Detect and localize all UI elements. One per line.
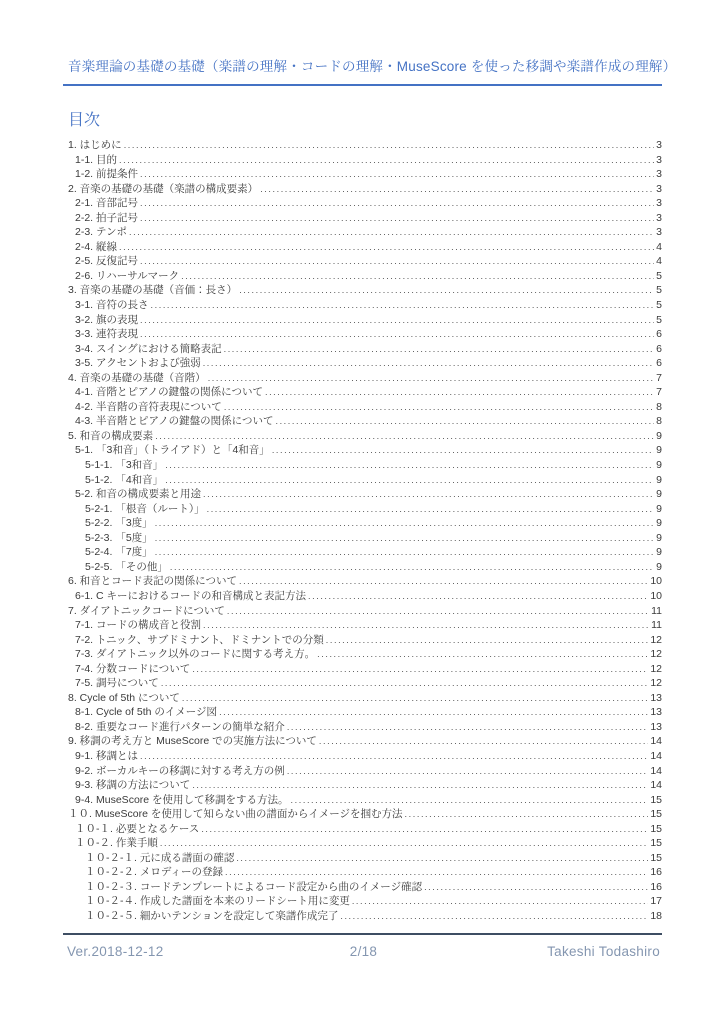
toc-entry[interactable]: 5-2. 和音の構成要素と用途9 xyxy=(68,486,662,501)
toc-entry[interactable]: 2-4. 縦線4 xyxy=(68,239,662,254)
footer-author: Takeshi Todashiro xyxy=(462,944,662,959)
toc-entry[interactable]: １０-１. 必要となるケース15 xyxy=(68,821,662,836)
toc-page-number: 14 xyxy=(650,735,662,747)
toc-page-number: 7 xyxy=(656,372,662,384)
toc-page-number: 7 xyxy=(656,386,662,398)
toc-entry[interactable]: 1-1. 目的3 xyxy=(68,152,662,167)
toc-leader-dots xyxy=(272,445,654,455)
toc-entry-label: 5-2-2. 「3度」 xyxy=(85,515,153,530)
toc-page-number: 16 xyxy=(650,866,662,878)
toc-page-number: 15 xyxy=(650,837,662,849)
toc-leader-dots xyxy=(227,606,649,616)
toc-entry-label: 5-2-5. 「その他」 xyxy=(85,559,168,574)
toc-page-number: 9 xyxy=(656,561,662,573)
toc-entry[interactable]: 3-3. 連符表現6 xyxy=(68,326,662,341)
toc-leader-dots xyxy=(291,795,649,805)
toc-page-number: 15 xyxy=(650,794,662,806)
toc-entry-label: 2-3. テンポ xyxy=(75,224,127,239)
toc-entry[interactable]: 3-1. 音符の長さ5 xyxy=(68,297,662,312)
toc-page-number: 9 xyxy=(656,459,662,471)
toc-entry[interactable]: 2-6. リハーサルマーク5 xyxy=(68,268,662,283)
toc-leader-dots xyxy=(208,373,654,383)
toc-entry-label: 1-2. 前提条件 xyxy=(75,166,138,181)
toc-leader-dots xyxy=(155,518,654,528)
toc-entry[interactable]: 5-2-1. 「根音（ルート）」9 xyxy=(68,501,662,516)
toc-entry[interactable]: 2-1. 音部記号3 xyxy=(68,195,662,210)
toc-entry[interactable]: １０-２-５. 細かいテンションを設定して楽譜作成完了18 xyxy=(68,908,662,923)
toc-leader-dots xyxy=(140,213,654,223)
toc-leader-dots xyxy=(207,504,655,514)
toc-leader-dots xyxy=(140,315,654,325)
toc-entry-label: 5. 和音の構成要素 xyxy=(68,428,153,443)
toc-leader-dots xyxy=(140,751,648,761)
toc-entry[interactable]: 7-2. トニック、サブドミナント、ドミナントでの分類12 xyxy=(68,632,662,647)
footer-version: Ver.2018-12-12 xyxy=(63,944,265,959)
toc-entry[interactable]: １０-２-４. 作成した譜面を本来のリードシート用に変更17 xyxy=(68,893,662,908)
toc-page-number: 3 xyxy=(656,197,662,209)
toc-entry[interactable]: 7-5. 調号について12 xyxy=(68,675,662,690)
toc-leader-dots xyxy=(155,547,654,557)
toc-leader-dots xyxy=(181,271,654,281)
toc-leader-dots xyxy=(352,896,648,906)
toc-entry[interactable]: 1. はじめに3 xyxy=(68,137,662,152)
toc-page-number: 9 xyxy=(656,517,662,529)
toc-page-number: 6 xyxy=(656,357,662,369)
toc-page-number: 9 xyxy=(656,532,662,544)
toc-entry-label: 3-1. 音符の長さ xyxy=(75,297,149,312)
toc-entry-label: 9-2. ボーカルキーの移調に対する考え方の例 xyxy=(75,763,285,778)
toc-page-number: 11 xyxy=(651,619,662,631)
toc-entry-label: 3-4. スイングにおける簡略表記 xyxy=(75,341,222,356)
toc-leader-dots xyxy=(129,227,654,237)
toc-entry[interactable]: 5-2-5. 「その他」9 xyxy=(68,559,662,574)
toc-entry[interactable]: 8-1. Cycle of 5th のイメージ図13 xyxy=(68,704,662,719)
toc-leader-dots xyxy=(265,387,654,397)
toc-entry[interactable]: 7-4. 分数コードについて12 xyxy=(68,661,662,676)
toc-leader-dots xyxy=(140,169,654,179)
toc-page-number: 8 xyxy=(656,415,662,427)
toc-entry-label: 1. はじめに xyxy=(68,137,122,152)
toc-leader-dots xyxy=(165,475,654,485)
toc-entry[interactable]: 1-2. 前提条件3 xyxy=(68,166,662,181)
toc-page-number: 10 xyxy=(650,590,662,602)
toc-page-number: 15 xyxy=(650,808,662,820)
toc-entry-label: 8. Cycle of 5th について xyxy=(68,690,180,705)
toc-entry-label: １０-２-１. 元に成る譜面の確認 xyxy=(85,850,234,865)
toc-leader-dots xyxy=(124,140,654,150)
toc-leader-dots xyxy=(405,809,649,819)
toc-entry-label: 9. 移調の考え方と MuseScore での実施方法について xyxy=(68,733,317,748)
toc-leader-dots xyxy=(201,824,648,834)
toc-page-number: 5 xyxy=(656,314,662,326)
toc-entry-label: 2-4. 縦線 xyxy=(75,239,117,254)
toc-entry[interactable]: 2-3. テンポ3 xyxy=(68,224,662,239)
toc-entry-label: １０-２. 作業手順 xyxy=(75,835,158,850)
toc-entry-label: 5-2-1. 「根音（ルート）」 xyxy=(85,501,205,516)
toc-page-number: 6 xyxy=(656,328,662,340)
toc-entry-label: １０-２-４. 作成した譜面を本来のリードシート用に変更 xyxy=(85,893,350,908)
toc-page-number: 9 xyxy=(656,474,662,486)
toc-leader-dots xyxy=(424,882,648,892)
toc-page-number: 14 xyxy=(650,765,662,777)
toc-entry-label: 7. ダイアトニックコードについて xyxy=(68,603,225,618)
toc-leader-dots xyxy=(239,576,648,586)
toc-entry-label: 5-1. 「3和音」（トライアド）と「4和音」 xyxy=(75,442,270,457)
toc-entry[interactable]: 8-2. 重要なコード進行パターンの簡単な紹介13 xyxy=(68,719,662,734)
toc-entry-label: 9-1. 移調とは xyxy=(75,748,138,763)
document-title: 音楽理論の基礎の基礎（楽譜の理解・コードの理解・MuseScore を使った移調… xyxy=(63,57,662,86)
toc-leader-dots xyxy=(155,533,654,543)
toc-heading: 目次 xyxy=(63,112,662,130)
toc-leader-dots xyxy=(203,358,654,368)
toc-entry[interactable]: 5. 和音の構成要素9 xyxy=(68,428,662,443)
toc-page-number: 14 xyxy=(650,750,662,762)
toc-leader-dots xyxy=(219,707,648,717)
toc-leader-dots xyxy=(317,649,648,659)
toc-entry-label: 4-1. 音階とピアノの鍵盤の関係について xyxy=(75,384,263,399)
toc-entry-label: 9-4. MuseScore を使用して移調をする方法。 xyxy=(75,792,289,807)
toc-page-number: 9 xyxy=(656,430,662,442)
toc-page-number: 13 xyxy=(650,692,662,704)
toc-entry-label: 1-1. 目的 xyxy=(75,152,117,167)
toc-entry[interactable]: 2. 音楽の基礎の基礎（楽譜の構成要素）3 xyxy=(68,181,662,196)
toc-page-number: 12 xyxy=(650,663,662,675)
footer-page-indicator: 2/18 xyxy=(265,944,463,959)
toc-leader-dots xyxy=(182,693,648,703)
toc-page-number: 13 xyxy=(650,721,662,733)
toc-entry[interactable]: 3-2. 旗の表現5 xyxy=(68,312,662,327)
toc-page-number: 3 xyxy=(656,168,662,180)
page-footer: Ver.2018-12-12 2/18 Takeshi Todashiro xyxy=(63,933,662,959)
toc-page-number: 3 xyxy=(656,226,662,238)
toc-entry-label: 7-5. 調号について xyxy=(75,675,159,690)
toc-leader-dots xyxy=(308,591,648,601)
toc-page-number: 9 xyxy=(656,503,662,515)
toc-leader-dots xyxy=(340,911,648,921)
toc-entry[interactable]: 6. 和音とコード表記の関係について10 xyxy=(68,573,662,588)
toc-page-number: 3 xyxy=(656,183,662,195)
toc-leader-dots xyxy=(160,838,648,848)
toc-leader-dots xyxy=(192,664,648,674)
toc-leader-dots xyxy=(203,620,649,630)
toc-leader-dots xyxy=(140,329,654,339)
toc-entry[interactable]: １０-２-１. 元に成る譜面の確認15 xyxy=(68,850,662,865)
toc-page-number: 13 xyxy=(650,706,662,718)
toc-leader-dots xyxy=(275,416,654,426)
toc-entry[interactable]: １０-２. 作業手順15 xyxy=(68,835,662,850)
page-content: 音楽理論の基礎の基礎（楽譜の理解・コードの理解・MuseScore を使った移調… xyxy=(63,0,662,923)
toc-leader-dots xyxy=(161,678,649,688)
toc-page-number: 5 xyxy=(656,270,662,282)
toc-page-number: 9 xyxy=(656,488,662,500)
toc-entry[interactable]: 7. ダイアトニックコードについて11 xyxy=(68,603,662,618)
document-page: 音楽理論の基礎の基礎（楽譜の理解・コードの理解・MuseScore を使った移調… xyxy=(0,0,724,1024)
toc-entry[interactable]: 9-1. 移調とは14 xyxy=(68,748,662,763)
toc-entry[interactable]: 5-1. 「3和音」（トライアド）と「4和音」9 xyxy=(68,442,662,457)
toc-page-number: 12 xyxy=(650,648,662,660)
toc-entry[interactable]: 5-2-4. 「7度」9 xyxy=(68,544,662,559)
toc-entry-label: 4. 音楽の基礎の基礎（音階） xyxy=(68,370,206,385)
toc-leader-dots xyxy=(326,635,649,645)
toc-leader-dots xyxy=(170,562,654,572)
toc-page-number: 4 xyxy=(656,255,662,267)
toc-entry[interactable]: 6-1. C キーにおけるコードの和音構成と表記方法10 xyxy=(68,588,662,603)
toc-leader-dots xyxy=(119,242,654,252)
toc-entry[interactable]: 8. Cycle of 5th について13 xyxy=(68,690,662,705)
toc-leader-dots xyxy=(155,431,654,441)
toc-page-number: 5 xyxy=(656,284,662,296)
toc-page-number: 18 xyxy=(650,910,662,922)
toc-entry[interactable]: 9-2. ボーカルキーの移調に対する考え方の例14 xyxy=(68,763,662,778)
toc-leader-dots xyxy=(119,155,654,165)
toc-page-number: 15 xyxy=(650,852,662,864)
toc-entry[interactable]: 3-4. スイングにおける簡略表記6 xyxy=(68,341,662,356)
toc-entry-label: 5-2. 和音の構成要素と用途 xyxy=(75,486,201,501)
toc-entry[interactable]: 9-4. MuseScore を使用して移調をする方法。15 xyxy=(68,792,662,807)
toc-entry-label: 3. 音楽の基礎の基礎（音価：長さ） xyxy=(68,282,237,297)
toc-entry[interactable]: 4. 音楽の基礎の基礎（音階）7 xyxy=(68,370,662,385)
toc-entry-label: 2-5. 反復記号 xyxy=(75,253,138,268)
toc-entry-label: 8-2. 重要なコード進行パターンの簡単な紹介 xyxy=(75,719,285,734)
toc-entry-label: 3-5. アクセントおよび強弱 xyxy=(75,355,201,370)
toc-entry-label: １０-２-２. メロディーの登録 xyxy=(85,864,223,879)
toc-entry-label: 6. 和音とコード表記の関係について xyxy=(68,573,237,588)
toc-leader-dots xyxy=(225,867,648,877)
toc-entry-label: １０-２-５. 細かいテンションを設定して楽譜作成完了 xyxy=(85,908,338,923)
toc-entry-label: 2-2. 拍子記号 xyxy=(75,210,138,225)
toc-page-number: 3 xyxy=(656,139,662,151)
toc-leader-dots xyxy=(140,256,654,266)
toc-page-number: 4 xyxy=(656,241,662,253)
toc-page-number: 14 xyxy=(650,779,662,791)
toc-leader-dots xyxy=(287,722,649,732)
toc-entry[interactable]: 3. 音楽の基礎の基礎（音価：長さ）5 xyxy=(68,282,662,297)
toc-entry-label: 7-2. トニック、サブドミナント、ドミナントでの分類 xyxy=(75,632,324,647)
toc-entry[interactable]: 2-5. 反復記号4 xyxy=(68,253,662,268)
toc-entry-label: 2. 音楽の基礎の基礎（楽譜の構成要素） xyxy=(68,181,258,196)
toc-leader-dots xyxy=(224,344,655,354)
toc-page-number: 12 xyxy=(650,677,662,689)
toc-leader-dots xyxy=(151,300,655,310)
toc-leader-dots xyxy=(203,489,654,499)
toc-entry[interactable]: 9-3. 移調の方法について14 xyxy=(68,777,662,792)
toc-leader-dots xyxy=(192,780,648,790)
toc-page-number: 15 xyxy=(650,823,662,835)
toc-leader-dots xyxy=(260,184,654,194)
toc-entry[interactable]: 2-2. 拍子記号3 xyxy=(68,210,662,225)
toc-entry[interactable]: 7-3. ダイアトニック以外のコードに関する考え方。12 xyxy=(68,646,662,661)
toc-leader-dots xyxy=(239,285,654,295)
toc-entry-label: １０-１. 必要となるケース xyxy=(75,821,199,836)
toc-entry-label: 6-1. C キーにおけるコードの和音構成と表記方法 xyxy=(75,588,306,603)
toc-entry-label: 5-1-1. 「3和音」 xyxy=(85,457,163,472)
toc-page-number: 9 xyxy=(656,546,662,558)
toc-entry[interactable]: 4-2. 半音階の音符表現について8 xyxy=(68,399,662,414)
toc-page-number: 6 xyxy=(656,343,662,355)
toc-page-number: 5 xyxy=(656,299,662,311)
toc-list: 1. はじめに31-1. 目的31-2. 前提条件32. 音楽の基礎の基礎（楽譜… xyxy=(63,137,662,923)
toc-entry-label: 7-1. コードの構成音と役割 xyxy=(75,617,201,632)
toc-page-number: 17 xyxy=(650,895,662,907)
toc-entry-label: 9-3. 移調の方法について xyxy=(75,777,190,792)
toc-entry[interactable]: 4-1. 音階とピアノの鍵盤の関係について7 xyxy=(68,384,662,399)
toc-entry[interactable]: 3-5. アクセントおよび強弱6 xyxy=(68,355,662,370)
toc-entry-label: １０. MuseScore を使用して知らない曲の譜面からイメージを掴む方法 xyxy=(68,806,403,821)
toc-entry[interactable]: 9. 移調の考え方と MuseScore での実施方法について14 xyxy=(68,733,662,748)
toc-entry[interactable]: 7-1. コードの構成音と役割11 xyxy=(68,617,662,632)
toc-page-number: 10 xyxy=(650,575,662,587)
toc-page-number: 9 xyxy=(656,444,662,456)
toc-entry-label: 2-6. リハーサルマーク xyxy=(75,268,179,283)
toc-entry-label: 5-1-2. 「4和音」 xyxy=(85,472,163,487)
toc-entry-label: 7-3. ダイアトニック以外のコードに関する考え方。 xyxy=(75,646,315,661)
toc-entry-label: １０-２-３. コードテンプレートによるコード設定から曲のイメージ確認 xyxy=(85,879,422,894)
toc-page-number: 16 xyxy=(650,881,662,893)
toc-leader-dots xyxy=(319,736,648,746)
toc-page-number: 3 xyxy=(656,212,662,224)
toc-leader-dots xyxy=(287,766,649,776)
toc-page-number: 12 xyxy=(650,634,662,646)
toc-entry-label: 4-3. 半音階とピアノの鍵盤の関係について xyxy=(75,413,273,428)
toc-leader-dots xyxy=(236,853,648,863)
toc-entry-label: 5-2-3. 「5度」 xyxy=(85,530,153,545)
toc-entry[interactable]: 5-1-1. 「3和音」9 xyxy=(68,457,662,472)
toc-entry[interactable]: 5-2-3. 「5度」9 xyxy=(68,530,662,545)
toc-entry[interactable]: 5-1-2. 「4和音」9 xyxy=(68,472,662,487)
toc-entry[interactable]: 5-2-2. 「3度」9 xyxy=(68,515,662,530)
toc-page-number: 8 xyxy=(656,401,662,413)
toc-entry[interactable]: 4-3. 半音階とピアノの鍵盤の関係について8 xyxy=(68,413,662,428)
toc-entry-label: 7-4. 分数コードについて xyxy=(75,661,190,676)
toc-leader-dots xyxy=(165,460,654,470)
toc-entry[interactable]: １０-２-３. コードテンプレートによるコード設定から曲のイメージ確認16 xyxy=(68,879,662,894)
toc-entry[interactable]: １０-２-２. メロディーの登録16 xyxy=(68,864,662,879)
toc-entry-label: 8-1. Cycle of 5th のイメージ図 xyxy=(75,704,217,719)
toc-entry[interactable]: １０. MuseScore を使用して知らない曲の譜面からイメージを掴む方法15 xyxy=(68,806,662,821)
toc-entry-label: 2-1. 音部記号 xyxy=(75,195,138,210)
toc-entry-label: 5-2-4. 「7度」 xyxy=(85,544,153,559)
toc-page-number: 11 xyxy=(651,605,662,617)
toc-leader-dots xyxy=(224,402,654,412)
toc-page-number: 3 xyxy=(656,154,662,166)
toc-entry-label: 3-3. 連符表現 xyxy=(75,326,138,341)
toc-entry-label: 4-2. 半音階の音符表現について xyxy=(75,399,222,414)
toc-leader-dots xyxy=(140,198,654,208)
toc-entry-label: 3-2. 旗の表現 xyxy=(75,312,138,327)
